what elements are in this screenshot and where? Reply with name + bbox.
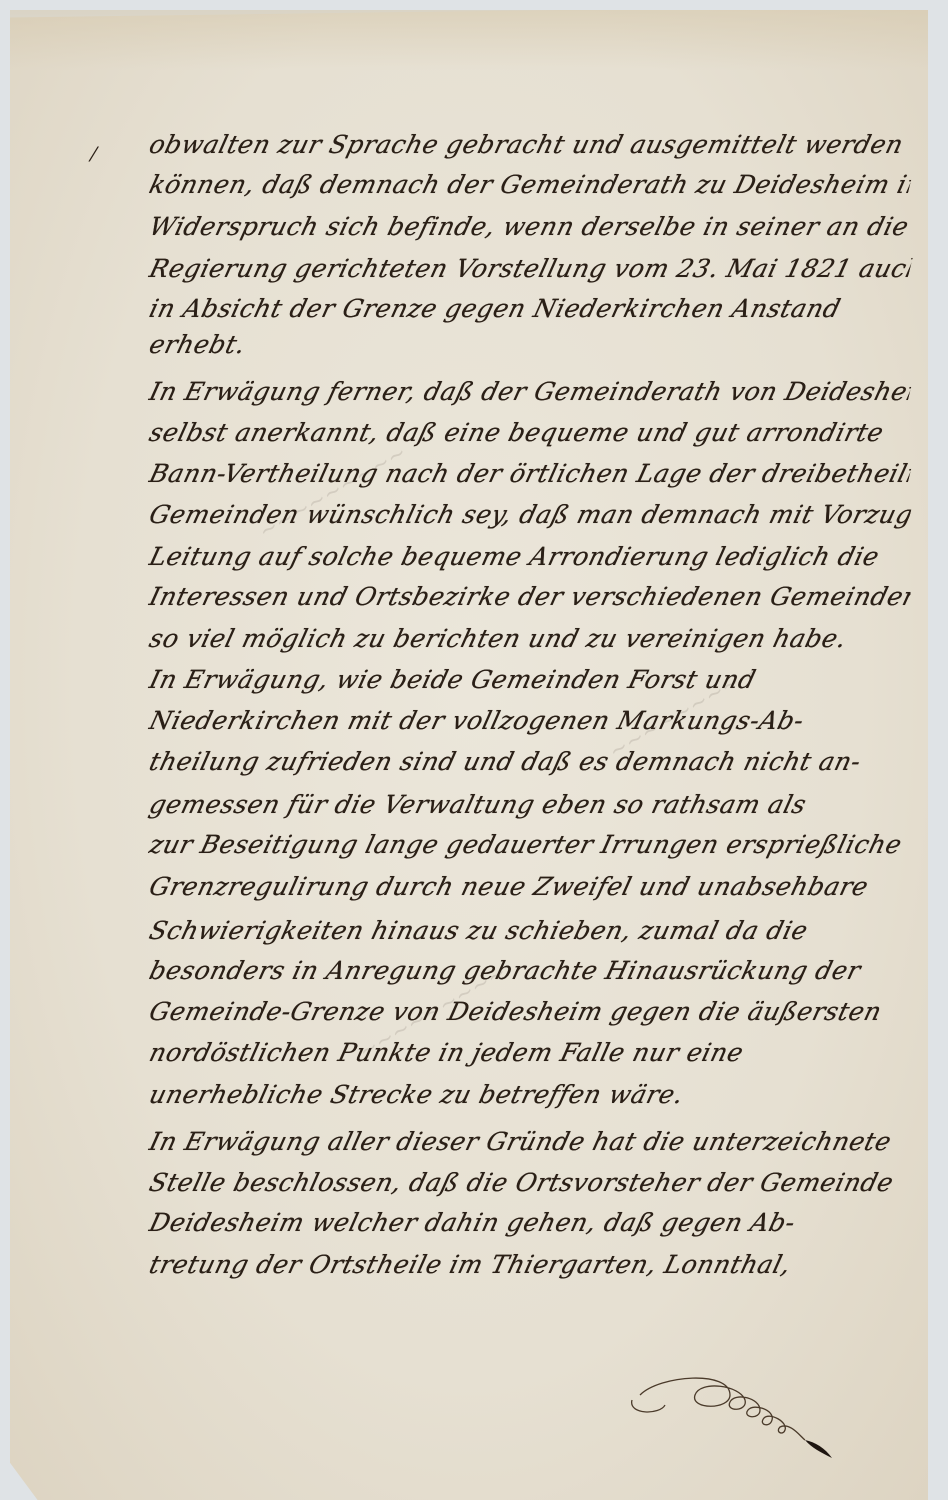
text-line: Stelle beschlossen, daß die Ortsvorstehe… xyxy=(146,1168,913,1197)
text-line: Grenzregulirung durch neue Zweifel und u… xyxy=(146,872,913,901)
text-line: gemessen für die Verwaltung eben so rath… xyxy=(146,790,913,819)
text-line: obwalten zur Sprache gebracht und ausgem… xyxy=(146,130,913,159)
text-line: theilung zufrieden sind und daß es demna… xyxy=(146,747,913,776)
margin-mark: ⁄ xyxy=(92,142,95,166)
paraph-flourish-icon xyxy=(620,1370,860,1470)
paper-edge-stain xyxy=(10,10,928,70)
text-line: besonders in Anregung gebrachte Hinausrü… xyxy=(146,956,913,985)
text-line: Gemeinden wünschlich sey, daß man demnac… xyxy=(146,500,913,529)
text-line: unerhebliche Strecke zu betreffen wäre. xyxy=(146,1080,913,1109)
text-line: Niederkirchen mit der vollzogenen Markun… xyxy=(146,706,913,735)
text-line: selbst anerkannt, daß eine bequeme und g… xyxy=(146,418,913,447)
text-line: tretung der Ortstheile im Thiergarten, L… xyxy=(146,1250,913,1279)
text-line: Regierung gerichteten Vorstellung vom 23… xyxy=(146,254,913,283)
text-line: Bann-Vertheilung nach der örtlichen Lage… xyxy=(146,459,913,488)
text-line: zur Beseitigung lange gedauerter Irrunge… xyxy=(146,830,913,859)
text-line: Gemeinde-Grenze von Deidesheim gegen die… xyxy=(146,997,913,1026)
text-line: in Absicht der Grenze gegen Niederkirche… xyxy=(146,294,913,323)
text-line: In Erwägung aller dieser Gründe hat die … xyxy=(146,1127,913,1156)
text-line: so viel möglich zu berichten und zu vere… xyxy=(146,624,913,653)
text-line: Widerspruch sich befinde, wenn derselbe … xyxy=(146,212,913,241)
text-line: Schwierigkeiten hinaus zu schieben, zuma… xyxy=(146,916,913,945)
text-line: können, daß demnach der Gemeinderath zu … xyxy=(146,170,913,199)
text-line: Leitung auf solche bequeme Arrondierung … xyxy=(146,542,913,571)
text-line: In Erwägung, wie beide Gemeinden Forst u… xyxy=(146,665,913,694)
text-line: In Erwägung ferner, daß der Gemeinderath… xyxy=(146,377,913,406)
text-line: Deidesheim welcher dahin gehen, daß gege… xyxy=(146,1208,913,1237)
text-line: Interessen und Ortsbezirke der verschied… xyxy=(146,582,913,611)
text-line: nordöstlichen Punkte in jedem Falle nur … xyxy=(146,1038,913,1067)
text-line: erhebt. xyxy=(146,330,913,359)
